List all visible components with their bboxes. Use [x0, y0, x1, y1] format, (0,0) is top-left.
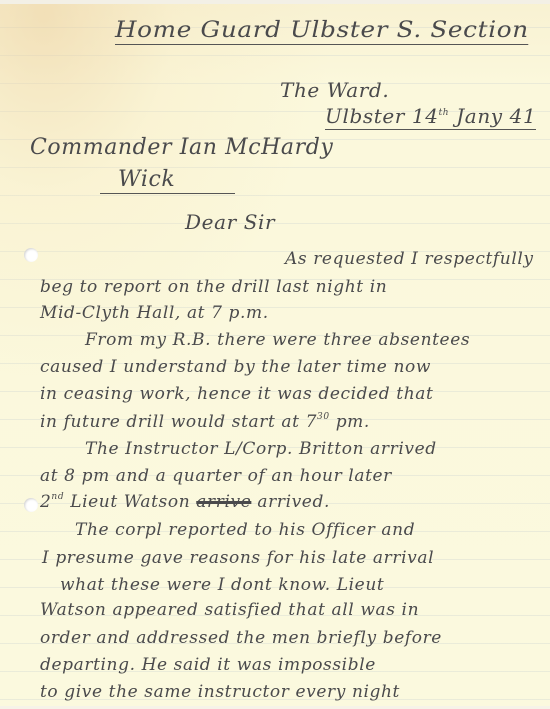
sender-address-line1: The Ward.	[280, 78, 389, 102]
body-line: what these were I dont know. Lieut	[60, 575, 384, 595]
punch-hole-bottom	[24, 498, 38, 512]
body-line: Watson appeared satisfied that all was i…	[40, 600, 419, 620]
sender-place: Ulbster	[325, 104, 405, 128]
letter-page: Home Guard Ulbster S. Section The Ward. …	[0, 0, 550, 709]
body-line: caused I understand by the later time no…	[40, 357, 431, 377]
time-superscript: 30	[317, 412, 330, 422]
salutation: Dear Sir	[185, 210, 275, 234]
body-line: to give the same instructor every night	[40, 682, 400, 702]
rank-number: 2	[40, 492, 51, 512]
letter-heading: Home Guard Ulbster S. Section	[115, 18, 529, 45]
body-line: 2nd Lieut Watson arrive arrived.	[40, 492, 330, 512]
body-line-tail: arrived.	[257, 492, 330, 512]
body-line: at 8 pm and a quarter of an hour later	[40, 466, 392, 486]
recipient-town-text: Wick	[118, 167, 175, 192]
date-day-suffix: th	[439, 108, 450, 118]
struck-word: arrive	[196, 492, 251, 512]
body-line: order and addressed the men briefly befo…	[40, 628, 442, 648]
officer-name: Lieut Watson	[70, 492, 190, 512]
body-line: The corpl reported to his Officer and	[75, 520, 415, 540]
punch-hole-top	[24, 248, 38, 262]
body-line: I presume gave reasons for his late arri…	[42, 548, 434, 568]
time-suffix: pm.	[336, 412, 370, 432]
date-month-year: Jany 41	[456, 104, 536, 128]
body-line: The Instructor L/Corp. Britton arrived	[85, 439, 437, 459]
rank-suffix: nd	[51, 492, 64, 502]
body-line: As requested I respectfully	[285, 249, 534, 269]
body-line: departing. He said it was impossible	[40, 655, 376, 675]
body-line: in ceasing work, hence it was decided th…	[40, 384, 433, 404]
recipient-town: Wick	[100, 167, 235, 194]
date-day: 14	[412, 104, 439, 128]
body-line: beg to report on the drill last night in	[40, 277, 387, 297]
sender-address-date-line: Ulbster 14th Jany 41	[325, 104, 536, 130]
recipient-name: Commander Ian McHardy	[30, 135, 333, 160]
body-line-text: in future drill would start at 7	[40, 412, 317, 432]
body-line: in future drill would start at 730 pm.	[40, 412, 370, 432]
paper-top-edge	[0, 0, 550, 4]
body-line: From my R.B. there were three absentees	[85, 330, 470, 350]
body-line: Mid-Clyth Hall, at 7 p.m.	[40, 303, 269, 323]
